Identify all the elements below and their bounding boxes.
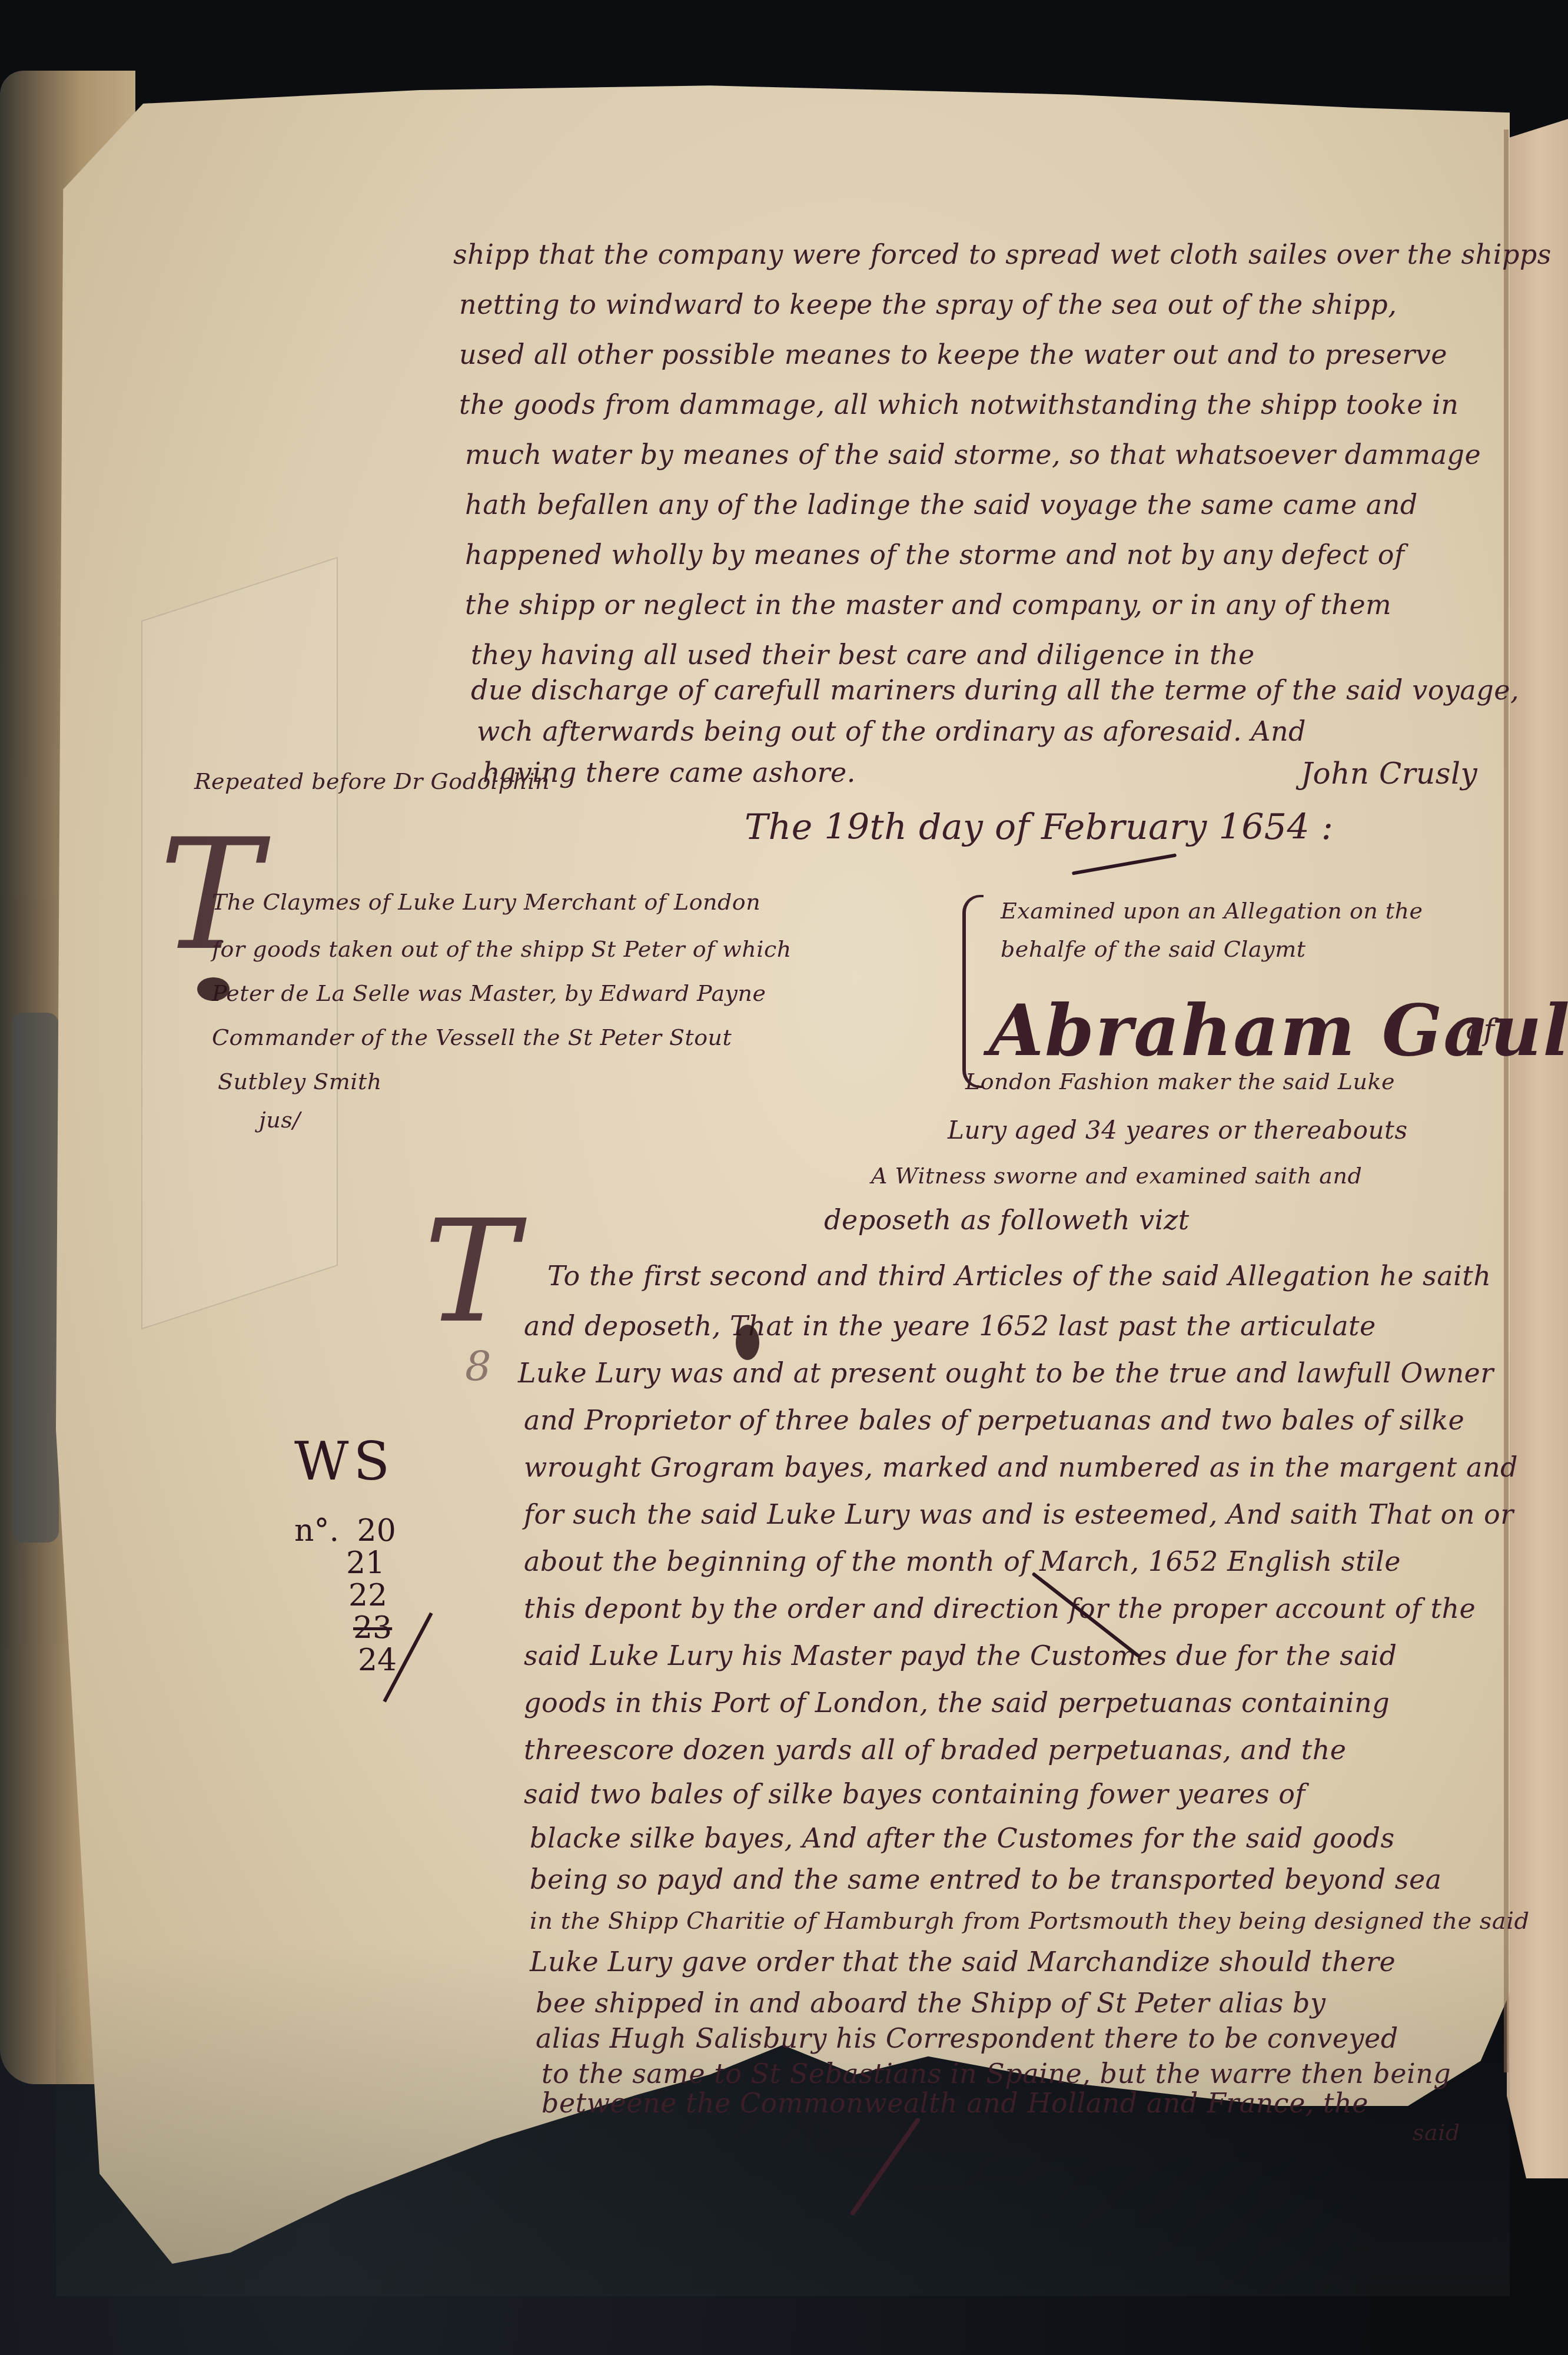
- text-line: netting to windward to keepe the spray o…: [459, 288, 1397, 320]
- date-heading: The 19th day of February 1654 :: [745, 807, 1333, 848]
- number-prefix: n°.: [294, 1513, 339, 1548]
- bale-number: 22: [348, 1578, 387, 1613]
- examination-note-line: Examined upon an Allegation on the: [1001, 898, 1423, 924]
- text-line: due discharge of carefull mariners durin…: [471, 674, 1519, 706]
- deposition-line: said Luke Lury his Master payd the Custo…: [524, 1640, 1397, 1671]
- deposition-line: being so payd and the same entred to be …: [530, 1863, 1442, 1895]
- caption-bracket: [962, 895, 984, 1088]
- examination-note-line: behalfe of the said Claymt: [1001, 936, 1305, 962]
- witness-line: A Witness sworne and examined saith and: [871, 1163, 1362, 1189]
- deposition-line: said two bales of silke bayes containing…: [524, 1778, 1305, 1810]
- deposition-line: wrought Grogram bayes, marked and number…: [524, 1451, 1518, 1483]
- text-line: used all other possible meanes to keepe …: [459, 339, 1447, 370]
- caption-line: The Claymes of Luke Lury Merchant of Lon…: [212, 889, 760, 915]
- bale-number: 21: [346, 1545, 385, 1581]
- deposition-line: alias Hugh Salisbury his Correspondent t…: [536, 2022, 1398, 2054]
- deposition-line: and deposeth, That in the yeare 1652 las…: [524, 1310, 1376, 1342]
- caption-line: Commander of the Vessell the St Peter St…: [212, 1024, 732, 1050]
- deposition-line: in the Shipp Charitie of Hamburgh from P…: [530, 1908, 1530, 1935]
- witness-line: London Fashion maker the said Luke: [965, 1069, 1395, 1094]
- caption-line: Sutbley Smith: [218, 1069, 382, 1094]
- initials-mark: jus/: [259, 1107, 301, 1133]
- deposition-line: about the beginning of the month of Marc…: [524, 1545, 1401, 1577]
- caption-line: Peter de La Selle was Master, by Edward …: [212, 980, 766, 1006]
- deposition-opening: deposeth as followeth vizt: [824, 1204, 1190, 1236]
- flourish-initial: T: [424, 1189, 518, 1354]
- deposition-line: bee shipped in and aboard the Shipp of S…: [536, 1987, 1326, 2019]
- deposition-line: for such the said Luke Lury was and is e…: [524, 1498, 1514, 1530]
- text-line: hath befallen any of the ladinge the sai…: [465, 489, 1418, 520]
- caption-line: for goods taken out of the shipp St Pete…: [212, 936, 792, 962]
- deposition-line: Luke Lury was and at present ought to be…: [518, 1357, 1494, 1389]
- deposition-line: threescore dozen yards all of braded per…: [524, 1734, 1347, 1766]
- deposition-line: blacke silke bayes, And after the Custom…: [530, 1822, 1395, 1854]
- deposition-line: to the same to St Sebastians in Spaine, …: [542, 2058, 1451, 2089]
- deposition-line: To the first second and third Articles o…: [547, 1260, 1491, 1292]
- deposition-line: and Proprietor of three bales of perpetu…: [524, 1404, 1464, 1436]
- margin-mark: 8: [465, 1342, 491, 1391]
- text-line: much water by meanes of the said storme,…: [465, 439, 1481, 470]
- deposition-line: this depont by the order and direction f…: [524, 1593, 1476, 1624]
- text-line: the goods from dammage, all which notwit…: [459, 389, 1459, 420]
- bale-number-struck: 23: [353, 1610, 392, 1646]
- ink-blot: [736, 1325, 759, 1360]
- deposition-line: goods in this Port of London, the said p…: [524, 1687, 1390, 1719]
- page-gutter: [1504, 130, 1509, 2072]
- merchant-mark-ws: WS: [294, 1431, 394, 1492]
- bale-number: 20: [357, 1513, 396, 1548]
- text-line: shipp that the company were forced to sp…: [453, 238, 1552, 270]
- attestation-note: Repeated before Dr Godolphin: [194, 768, 550, 794]
- text-line: they having all used their best care and…: [471, 639, 1255, 671]
- witness-line: Lury aged 34 yeares or thereabouts: [948, 1116, 1408, 1145]
- deposition-line: Luke Lury gave order that the said March…: [530, 1946, 1396, 1978]
- facing-page: [1507, 118, 1568, 2178]
- witness-name-suffix: of: [1466, 1013, 1495, 1047]
- deposition-line: betweene the Commonwealth and Holland an…: [542, 2087, 1368, 2119]
- bale-number: 24: [358, 1643, 397, 1678]
- catchword: said: [1413, 2119, 1460, 2145]
- ink-blot: [197, 977, 230, 1001]
- text-line: the shipp or neglect in the master and c…: [465, 589, 1391, 621]
- text-line: wch afterwards being out of the ordinary…: [477, 715, 1306, 747]
- signature: John Crusly: [1301, 757, 1477, 791]
- text-line: happened wholly by meanes of the storme …: [465, 539, 1405, 570]
